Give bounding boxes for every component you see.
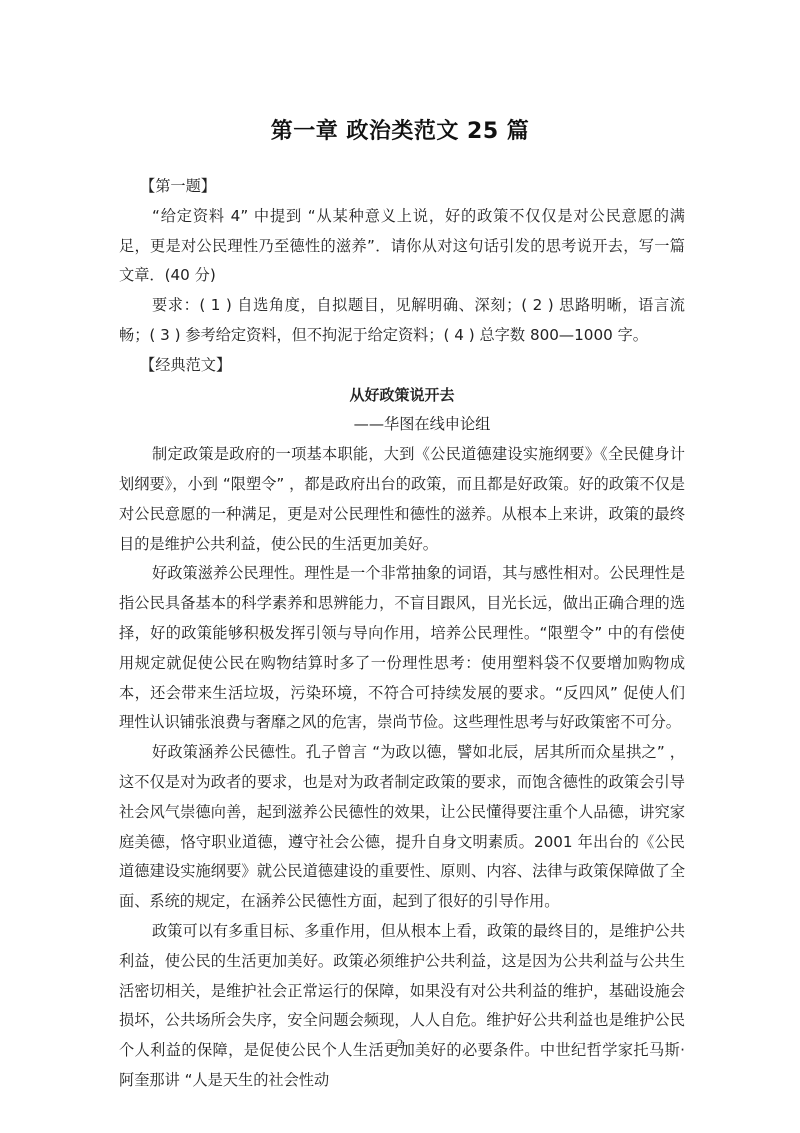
model-essay-label: 【经典范文】	[119, 351, 685, 381]
essay-paragraph: 好政策滋养公民理性。理性是一个非常抽象的词语，其与感性相对。公民理性是指公民具备…	[119, 559, 685, 738]
chapter-title: 第一章 政治类范文 25 篇	[0, 114, 800, 145]
question-text: “给定资料 4” 中提到 “从某种意义上说，好的政策不仅仅是对公民意愿的满足，更…	[119, 202, 685, 291]
essay-paragraph: 政策可以有多重目标、多重作用，但从根本上看，政策的最终目的，是维护公共利益，使公…	[119, 917, 685, 1096]
question-label: 【第一题】	[119, 172, 685, 202]
requirements-text: 要求：( 1 ) 自选角度，自拟题目，见解明确、深刻；( 2 ) 思路明晰，语言…	[119, 291, 685, 351]
body-text: 【第一题】 “给定资料 4” 中提到 “从某种意义上说，好的政策不仅仅是对公民意…	[119, 172, 685, 1096]
page-number: 2	[0, 1036, 800, 1052]
essay-paragraph: 制定政策是政府的一项基本职能，大到《公民道德建设实施纲要》《全民健身计划纲要》，…	[119, 440, 685, 559]
essay-author: ——华图在线申论组	[119, 410, 685, 440]
essay-title: 从好政策说开去	[119, 381, 685, 411]
essay-paragraph: 好政策涵养公民德性。孔子曾言 “为政以德，譬如北辰，居其所而众星拱之” ，这不仅…	[119, 738, 685, 917]
document-page: 第一章 政治类范文 25 篇 【第一题】 “给定资料 4” 中提到 “从某种意义…	[0, 0, 800, 1133]
